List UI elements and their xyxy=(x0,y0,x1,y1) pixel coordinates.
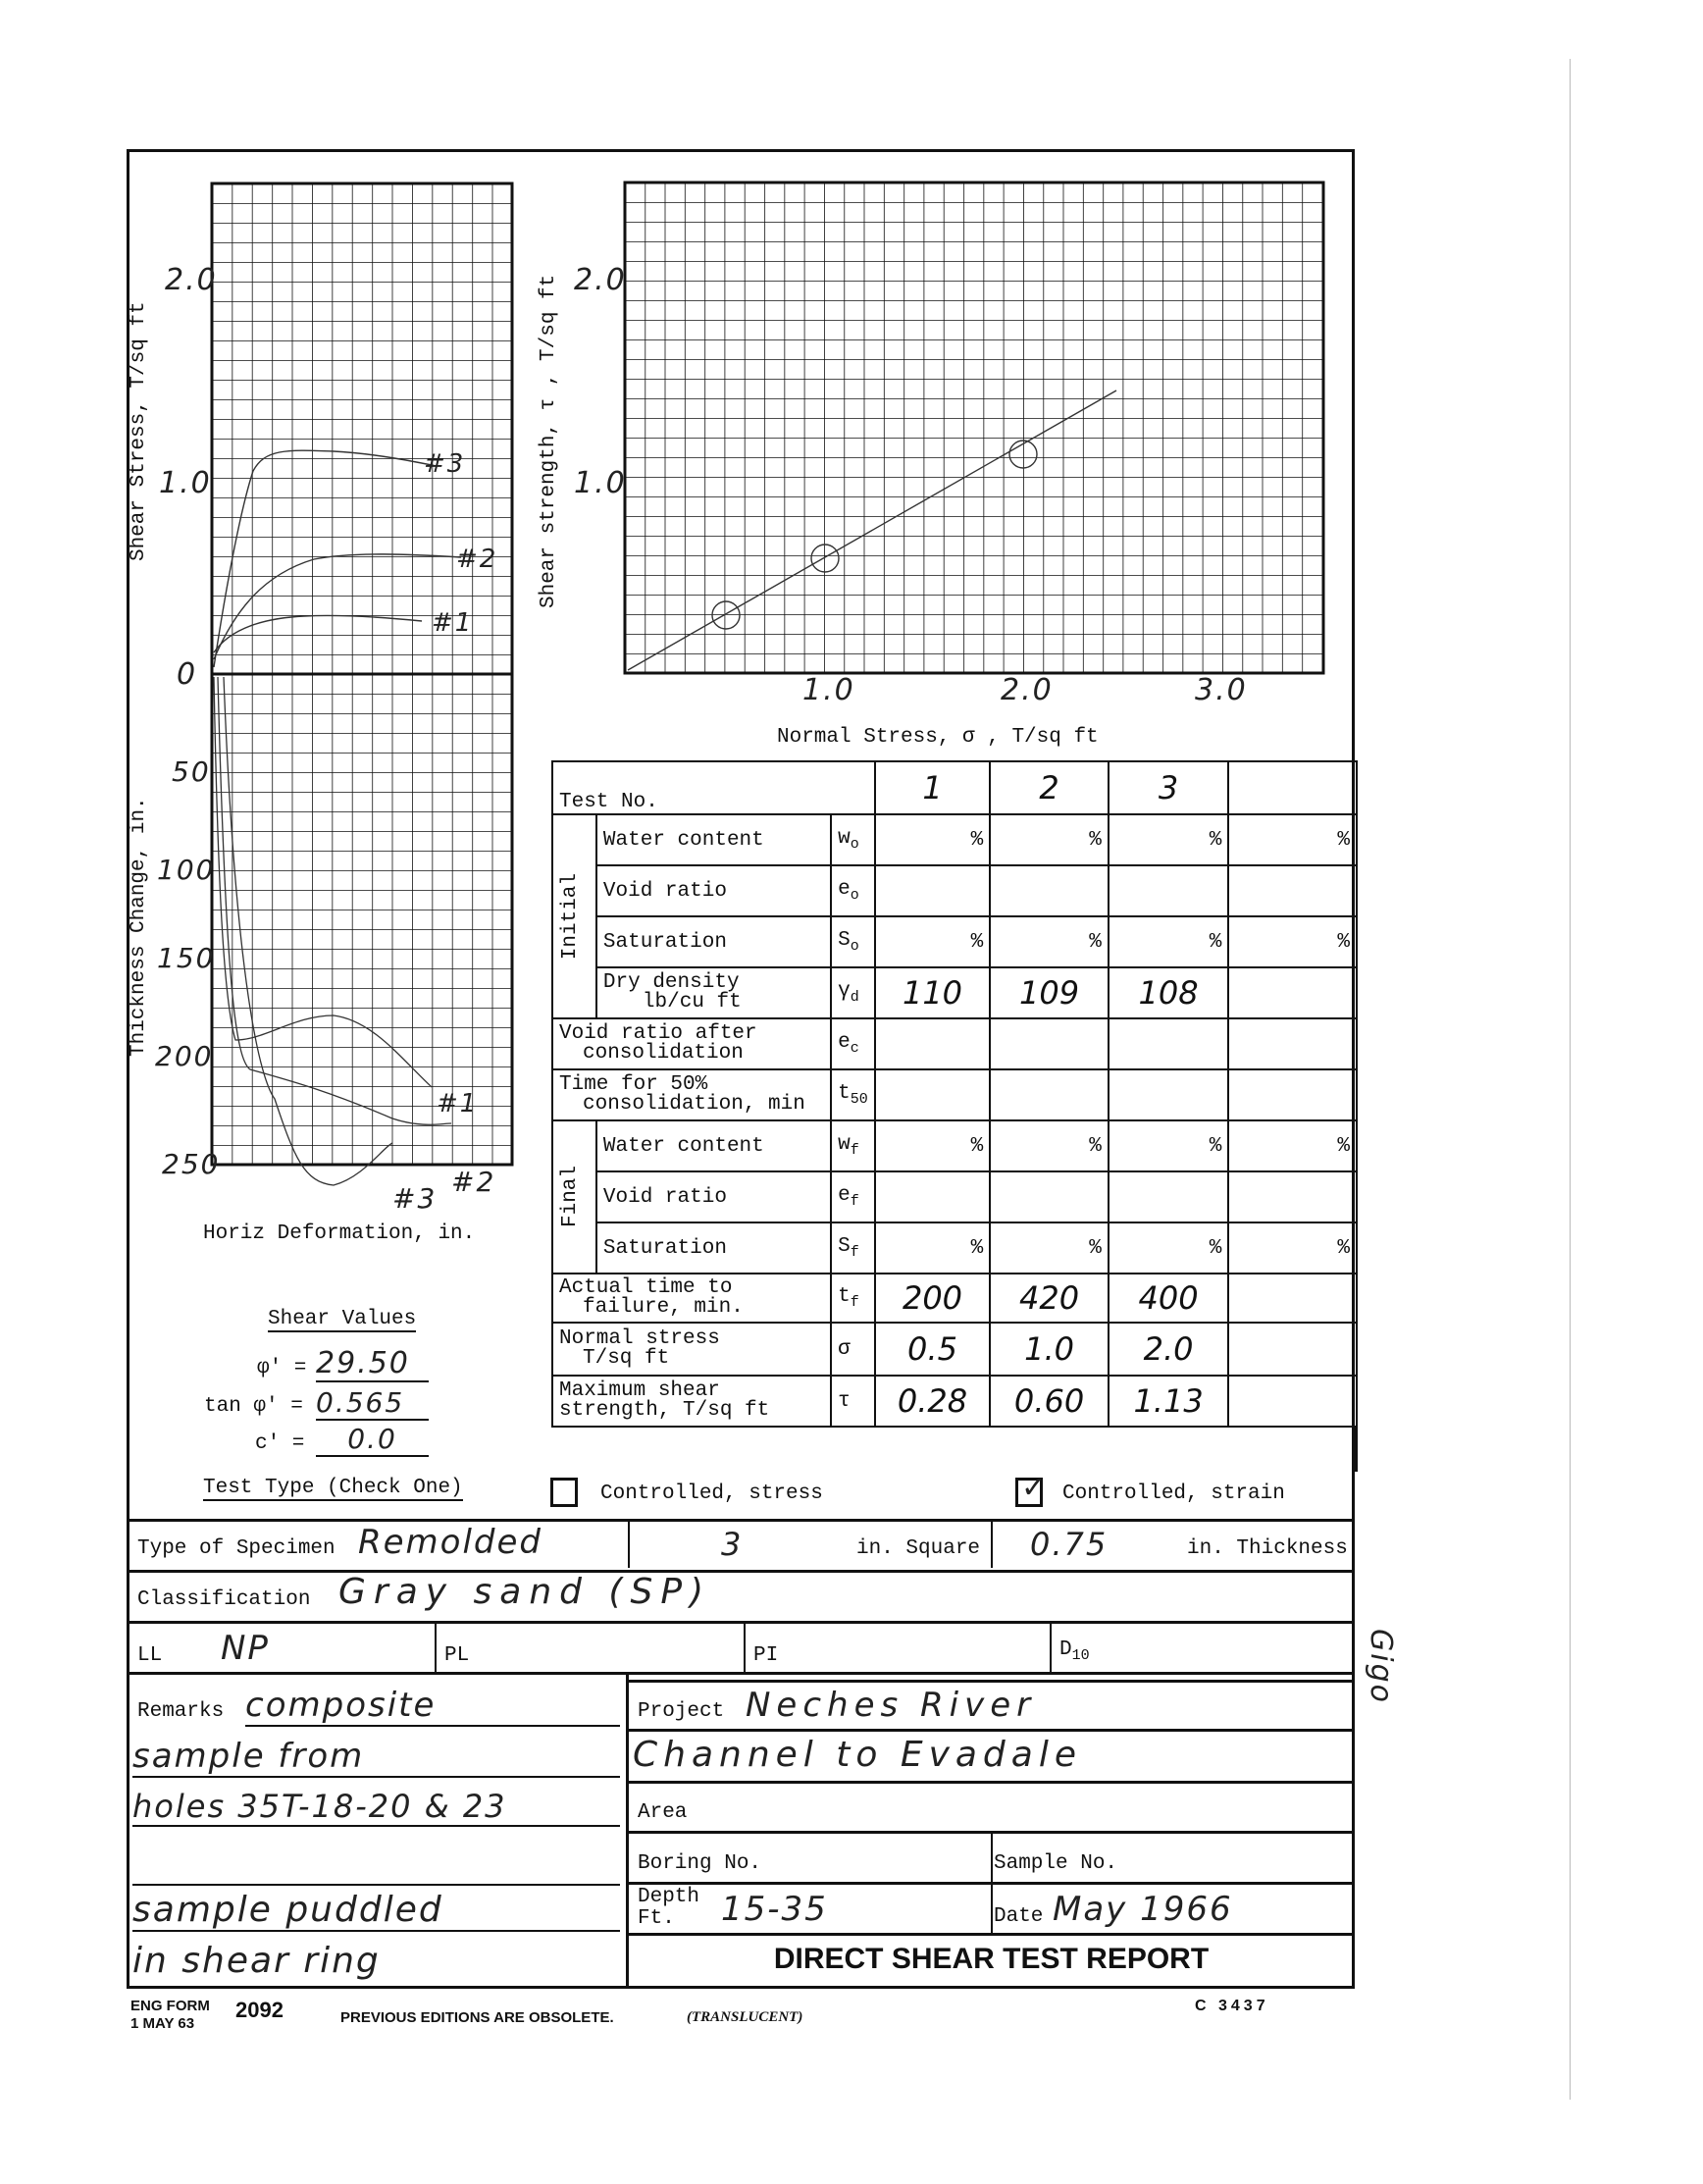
serial-number: C 3437 xyxy=(1195,1998,1269,2015)
test-4 xyxy=(1228,761,1357,814)
dry-density-2: 109 xyxy=(990,967,1109,1018)
thickness-curve-label-2: #2 xyxy=(451,1166,495,1198)
y-tick-0: 0 xyxy=(177,657,197,692)
symbol: Sf xyxy=(831,1222,875,1274)
wf-1: % xyxy=(875,1120,991,1171)
sf-3: % xyxy=(1109,1222,1229,1274)
label: Saturation xyxy=(596,1222,831,1274)
right-y-tick-1: 1.0 xyxy=(574,466,627,500)
tf-3: 400 xyxy=(1109,1274,1229,1323)
c-value: 0.0 xyxy=(316,1423,429,1457)
divider xyxy=(991,1519,993,1568)
row-normal-stress: Normal stressT/sq ft σ 0.5 1.0 2.0 xyxy=(552,1323,1357,1376)
row-time-50-consolidation: Time for 50%consolidation, min t50 xyxy=(552,1069,1357,1120)
remarks-line-2: sample from xyxy=(132,1737,620,1778)
row-final-void-ratio: Void ratio ef xyxy=(552,1171,1357,1222)
tau-2: 0.60 xyxy=(990,1376,1109,1427)
initial-group-label: Initial xyxy=(552,814,596,1018)
symbol: wo xyxy=(831,814,875,865)
symbol: ef xyxy=(831,1171,875,1222)
phi-value: 29.50 xyxy=(316,1346,429,1382)
project-line-1: Neches River xyxy=(746,1686,1036,1725)
project-label: Project xyxy=(638,1700,724,1723)
e0-2 xyxy=(990,865,1109,916)
test-1: 1 xyxy=(875,761,991,814)
date-label: Date xyxy=(994,1905,1043,1928)
horiz-deformation-axis-label: Horiz Deformation, in. xyxy=(203,1222,475,1245)
tau-3: 1.13 xyxy=(1109,1376,1229,1427)
y-tick-50: 50 xyxy=(172,755,211,788)
symbol: So xyxy=(831,916,875,967)
thickness-curve-label-1: #1 xyxy=(437,1089,478,1118)
pi-label: PI xyxy=(753,1644,778,1667)
symbol: γd xyxy=(831,967,875,1018)
thickness-value: 0.75 xyxy=(1030,1526,1108,1563)
sf-1: % xyxy=(875,1222,991,1274)
x-tick-2: 2.0 xyxy=(1001,673,1054,707)
t50-4 xyxy=(1228,1069,1357,1120)
w0-2: % xyxy=(990,814,1109,865)
pl-label: PL xyxy=(444,1644,469,1667)
e0-4 xyxy=(1228,865,1357,916)
ec-4 xyxy=(1228,1018,1357,1069)
tf-4 xyxy=(1228,1274,1357,1323)
s0-3: % xyxy=(1109,916,1229,967)
d10-label: D10 xyxy=(1059,1638,1090,1664)
type-of-specimen-label: Type of Specimen xyxy=(137,1537,335,1560)
divider xyxy=(628,1933,1355,1936)
x-tick-3: 3.0 xyxy=(1195,673,1248,707)
area-label: Area xyxy=(638,1801,687,1824)
remarks-line-6: in shear ring xyxy=(132,1941,620,1981)
symbol: σ xyxy=(831,1323,875,1376)
footer-type: (TRANSLUCENT) xyxy=(687,2009,802,2026)
remarks-line-1: composite xyxy=(245,1686,620,1727)
symbol: τ xyxy=(831,1376,875,1427)
square-label: in. Square xyxy=(856,1537,980,1560)
shear-values-heading: Shear Values xyxy=(268,1308,416,1332)
divider xyxy=(628,1519,630,1568)
divider xyxy=(628,1729,1355,1732)
ec-1 xyxy=(875,1018,991,1069)
normal-stress-axis-label: Normal Stress, σ , T/sq ft xyxy=(777,726,1099,749)
label: Normal stressT/sq ft xyxy=(552,1323,831,1376)
divider xyxy=(435,1621,437,1672)
tan-phi-label: tan φ' = xyxy=(204,1395,303,1418)
divider xyxy=(127,1672,1355,1675)
label: Dry densitylb/cu ft xyxy=(596,967,831,1018)
form-number: 2092 xyxy=(235,1998,284,2023)
tf-2: 420 xyxy=(990,1274,1109,1323)
e0-3 xyxy=(1109,865,1229,916)
controlled-strain-checkbox[interactable]: ✓ xyxy=(1015,1478,1043,1507)
controlled-strain-label: Controlled, strain xyxy=(1062,1482,1285,1505)
remarks-line-5: sample puddled xyxy=(132,1890,620,1932)
dry-density-4 xyxy=(1228,967,1357,1018)
remarks-line-4 xyxy=(132,1839,620,1886)
curve-label-1: #1 xyxy=(432,608,473,638)
report-title: DIRECT SHEAR TEST REPORT xyxy=(628,1943,1355,1976)
project-line-2: Channel to Evadale xyxy=(633,1735,1082,1775)
y-tick-200: 200 xyxy=(155,1040,213,1072)
label: Actual time tofailure, min. xyxy=(552,1274,831,1323)
test-data-table: Test No. 1 2 3 Initial Water content wo … xyxy=(551,760,1358,1428)
test-no-label: Test No. xyxy=(552,761,875,814)
ll-value: NP xyxy=(221,1629,270,1668)
sample-no-label: Sample No. xyxy=(994,1852,1117,1875)
row-initial-water-content: Initial Water content wo % % % % xyxy=(552,814,1357,865)
shear-strength-axis-label: Shear strength, τ , T/sq ft xyxy=(538,265,560,618)
s0-4: % xyxy=(1228,916,1357,967)
sf-4: % xyxy=(1228,1222,1357,1274)
classification-label: Classification xyxy=(137,1588,310,1611)
wf-2: % xyxy=(990,1120,1109,1171)
divider xyxy=(628,1781,1355,1784)
symbol: tf xyxy=(831,1274,875,1323)
divider xyxy=(127,1519,1355,1522)
classification-value: Gray sand (SP) xyxy=(338,1572,711,1612)
form-id: ENG FORM 1 MAY 63 xyxy=(130,1998,210,2033)
row-final-water-content: Final Water content wf % % % % xyxy=(552,1120,1357,1171)
dry-density-3: 108 xyxy=(1109,967,1229,1018)
margin-note: Gigo xyxy=(1364,1629,1398,1704)
row-time-to-failure: Actual time tofailure, min. tf 200 420 4… xyxy=(552,1274,1357,1323)
s0-2: % xyxy=(990,916,1109,967)
frame-edge xyxy=(1355,1428,1358,1472)
tan-phi-value: 0.565 xyxy=(316,1386,429,1421)
sigma-2: 1.0 xyxy=(990,1323,1109,1376)
divider xyxy=(127,1570,1355,1573)
remarks-label: Remarks xyxy=(137,1700,224,1723)
symbol: ec xyxy=(831,1018,875,1069)
row-final-saturation: Saturation Sf % % % % xyxy=(552,1222,1357,1274)
row-max-shear-strength: Maximum shearstrength, T/sq ft τ 0.28 0.… xyxy=(552,1376,1357,1427)
symbol: eo xyxy=(831,865,875,916)
t50-3 xyxy=(1109,1069,1229,1120)
t50-1 xyxy=(875,1069,991,1120)
x-tick-1: 1.0 xyxy=(802,673,855,707)
sigma-3: 2.0 xyxy=(1109,1323,1229,1376)
label: Time for 50%consolidation, min xyxy=(552,1069,831,1120)
ll-label: LL xyxy=(137,1644,162,1667)
divider xyxy=(127,1986,1355,1989)
test-3: 3 xyxy=(1109,761,1229,814)
depth-unit: Ft. xyxy=(638,1907,675,1930)
phi-label: φ' = xyxy=(257,1357,306,1379)
label: Water content xyxy=(596,814,831,865)
divider xyxy=(1050,1621,1052,1672)
y-tick-150: 150 xyxy=(157,942,215,974)
tau-1: 0.28 xyxy=(875,1376,991,1427)
test-2: 2 xyxy=(990,761,1109,814)
sf-2: % xyxy=(990,1222,1109,1274)
depth-value: 15-35 xyxy=(721,1890,828,1929)
symbol: wf xyxy=(831,1120,875,1171)
y-tick-1: 1.0 xyxy=(159,466,212,500)
ec-3 xyxy=(1109,1018,1229,1069)
e0-1 xyxy=(875,865,991,916)
label: Water content xyxy=(596,1120,831,1171)
square-value: 3 xyxy=(721,1526,743,1563)
tf-1: 200 xyxy=(875,1274,991,1323)
label: Maximum shearstrength, T/sq ft xyxy=(552,1376,831,1427)
wf-3: % xyxy=(1109,1120,1229,1171)
ef-3 xyxy=(1109,1171,1229,1222)
ef-2 xyxy=(990,1171,1109,1222)
boring-no-label: Boring No. xyxy=(638,1852,761,1875)
test-type-label: Test Type (Check One) xyxy=(203,1477,463,1501)
date-value: May 1966 xyxy=(1053,1890,1233,1929)
controlled-stress-label: Controlled, stress xyxy=(600,1482,823,1505)
curve-label-3: #3 xyxy=(424,449,465,479)
row-test-no: Test No. 1 2 3 xyxy=(552,761,1357,814)
divider xyxy=(628,1680,1355,1683)
y-tick-100: 100 xyxy=(157,854,215,886)
footer-notice: PREVIOUS EDITIONS ARE OBSOLETE. xyxy=(340,2009,614,2026)
t50-2 xyxy=(990,1069,1109,1120)
tau-4 xyxy=(1228,1376,1357,1427)
thickness-change-axis-label: Thickness Change, in. xyxy=(128,785,150,1069)
row-initial-void-ratio: Void ratio eo xyxy=(552,865,1357,916)
symbol: t50 xyxy=(831,1069,875,1120)
sigma-4 xyxy=(1228,1323,1357,1376)
row-initial-saturation: Saturation So % % % % xyxy=(552,916,1357,967)
shear-stress-axis-label: Shear Stress, T/sq ft xyxy=(128,294,150,569)
final-group-label: Final xyxy=(552,1120,596,1274)
ec-2 xyxy=(990,1018,1109,1069)
curve-label-2: #2 xyxy=(456,545,497,574)
right-y-tick-2: 2.0 xyxy=(574,263,627,297)
thickness-label: in. Thickness xyxy=(1187,1537,1348,1560)
row-void-ratio-after-consolidation: Void ratio afterconsolidation ec xyxy=(552,1018,1357,1069)
ef-1 xyxy=(875,1171,991,1222)
ef-4 xyxy=(1228,1171,1357,1222)
w0-4: % xyxy=(1228,814,1357,865)
label: Void ratio afterconsolidation xyxy=(552,1018,831,1069)
thickness-curve-label-3: #3 xyxy=(392,1182,437,1215)
controlled-stress-checkbox[interactable] xyxy=(550,1478,578,1507)
label: Saturation xyxy=(596,916,831,967)
divider xyxy=(127,1621,1355,1624)
label: Void ratio xyxy=(596,865,831,916)
y-tick-250: 250 xyxy=(162,1148,220,1180)
y-tick-2: 2.0 xyxy=(165,263,218,297)
sigma-1: 0.5 xyxy=(875,1323,991,1376)
divider xyxy=(628,1882,1355,1885)
s0-1: % xyxy=(875,916,991,967)
divider xyxy=(744,1621,746,1672)
check-mark-icon: ✓ xyxy=(1021,1471,1048,1505)
w0-1: % xyxy=(875,814,991,865)
dry-density-1: 110 xyxy=(875,967,991,1018)
w0-3: % xyxy=(1109,814,1229,865)
type-of-specimen-value: Remolded xyxy=(358,1523,542,1562)
row-dry-density: Dry densitylb/cu ft γd 110 109 108 xyxy=(552,967,1357,1018)
remarks-line-3: holes 35T-18-20 & 23 xyxy=(132,1788,620,1827)
depth-label: Depth xyxy=(638,1886,699,1908)
label: Void ratio xyxy=(596,1171,831,1222)
c-label: c' = xyxy=(255,1432,304,1455)
wf-4: % xyxy=(1228,1120,1357,1171)
